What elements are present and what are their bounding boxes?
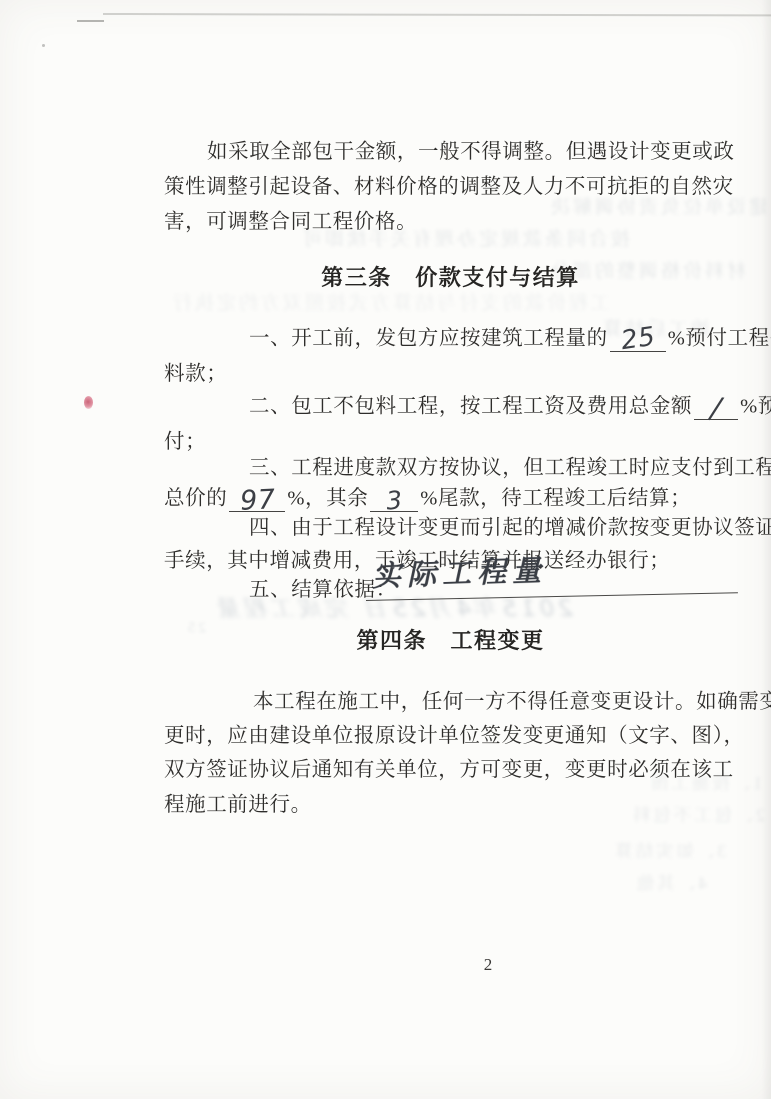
- item3-fill-blank-a: 97: [229, 486, 285, 512]
- item1-handwritten-value: 25: [619, 325, 656, 355]
- item1-fill-blank: 25: [610, 326, 666, 352]
- clause3-item1-line2: 料款；: [164, 362, 227, 388]
- section3-heading: 第三条 价款支付与结算: [164, 264, 737, 292]
- intro-paragraph-line: 害，可调整合同工程价格。: [164, 210, 417, 236]
- item3-fill-blank-b: 3: [370, 486, 418, 512]
- item2-text-after: %预: [740, 395, 771, 417]
- item1-text-before: 一、开工前，发包方应按建筑工程量的: [249, 327, 608, 349]
- item2-fill-blank: /: [694, 394, 738, 420]
- page-edge-shadow: [761, 0, 771, 1099]
- page-number: 2: [468, 955, 508, 975]
- bleedthrough-text: 3、如实结算: [612, 838, 726, 863]
- clause3-item2-line1: 二、包工不包料工程，按工程工资及费用总金额/%预: [249, 394, 771, 420]
- section4-heading: 第四条 工程变更: [164, 627, 737, 655]
- section4-paragraph-line: 更时，应由建设单位报原设计单位签发变更通知（文字、图），: [164, 724, 745, 750]
- red-ink-speck: [84, 396, 93, 409]
- bleedthrough-text: 4、其他: [634, 870, 707, 895]
- clause3-item2-line2: 付；: [164, 430, 206, 456]
- item1-text-after: %预付工程备: [668, 327, 771, 349]
- intro-paragraph-line: 策性调整引起设备、材料价格的调整及人力不可抗拒的自然灾: [164, 175, 734, 201]
- item3-text-after: %尾款，待工程竣工后结算；: [420, 487, 691, 509]
- item3-handwritten-value-b: 3: [385, 487, 404, 513]
- bleedthrough-text: 2、包工不包料: [630, 802, 765, 827]
- item3-handwritten-value-a: 97: [239, 487, 276, 514]
- scanner-line-artifact: [77, 20, 104, 22]
- item5-handwritten-value: 实际工程量: [371, 548, 547, 595]
- item2-handwritten-value: /: [709, 396, 722, 422]
- bleedthrough-text: 工程价款的支付与结算方式按照双方约定执行: [170, 288, 610, 315]
- item3-text-before: 总价的: [164, 487, 227, 509]
- clause3-item3-line1: 三、工程进度款双方按协议，但工程竣工时应支付到工程: [249, 456, 771, 482]
- clause3-item1-line1: 一、开工前，发包方应按建筑工程量的25%预付工程备: [249, 326, 771, 352]
- item2-text-before: 二、包工不包料工程，按工程工资及费用总金额: [249, 395, 692, 417]
- scanner-line-artifact: [103, 13, 771, 16]
- section4-paragraph-line: 本工程在施工中，任何一方不得任意变更设计。如确需变: [253, 690, 771, 716]
- clause3-item3-line2: 总价的97%，其余3%尾款，待工程竣工后结算；: [164, 486, 691, 512]
- clause3-item4-line1: 四、由于工程设计变更而引起的增减价款按变更协议签证: [249, 516, 771, 542]
- section4-paragraph-line: 程施工前进行。: [164, 793, 312, 819]
- item3-text-middle: %，其余: [287, 487, 368, 509]
- scanned-contract-page: 建设单位负责协调解决 按合同条款规定办理有关手续即可 材料价格调整的部分 工程价…: [0, 0, 771, 1099]
- intro-paragraph-line: 如采取全部包干金额，一般不得调整。但遇设计变更或政: [207, 140, 735, 166]
- dust-speck: [42, 44, 45, 47]
- section4-paragraph-line: 双方签证协议后通知有关单位，方可变更，变更时必须在该工: [164, 758, 734, 784]
